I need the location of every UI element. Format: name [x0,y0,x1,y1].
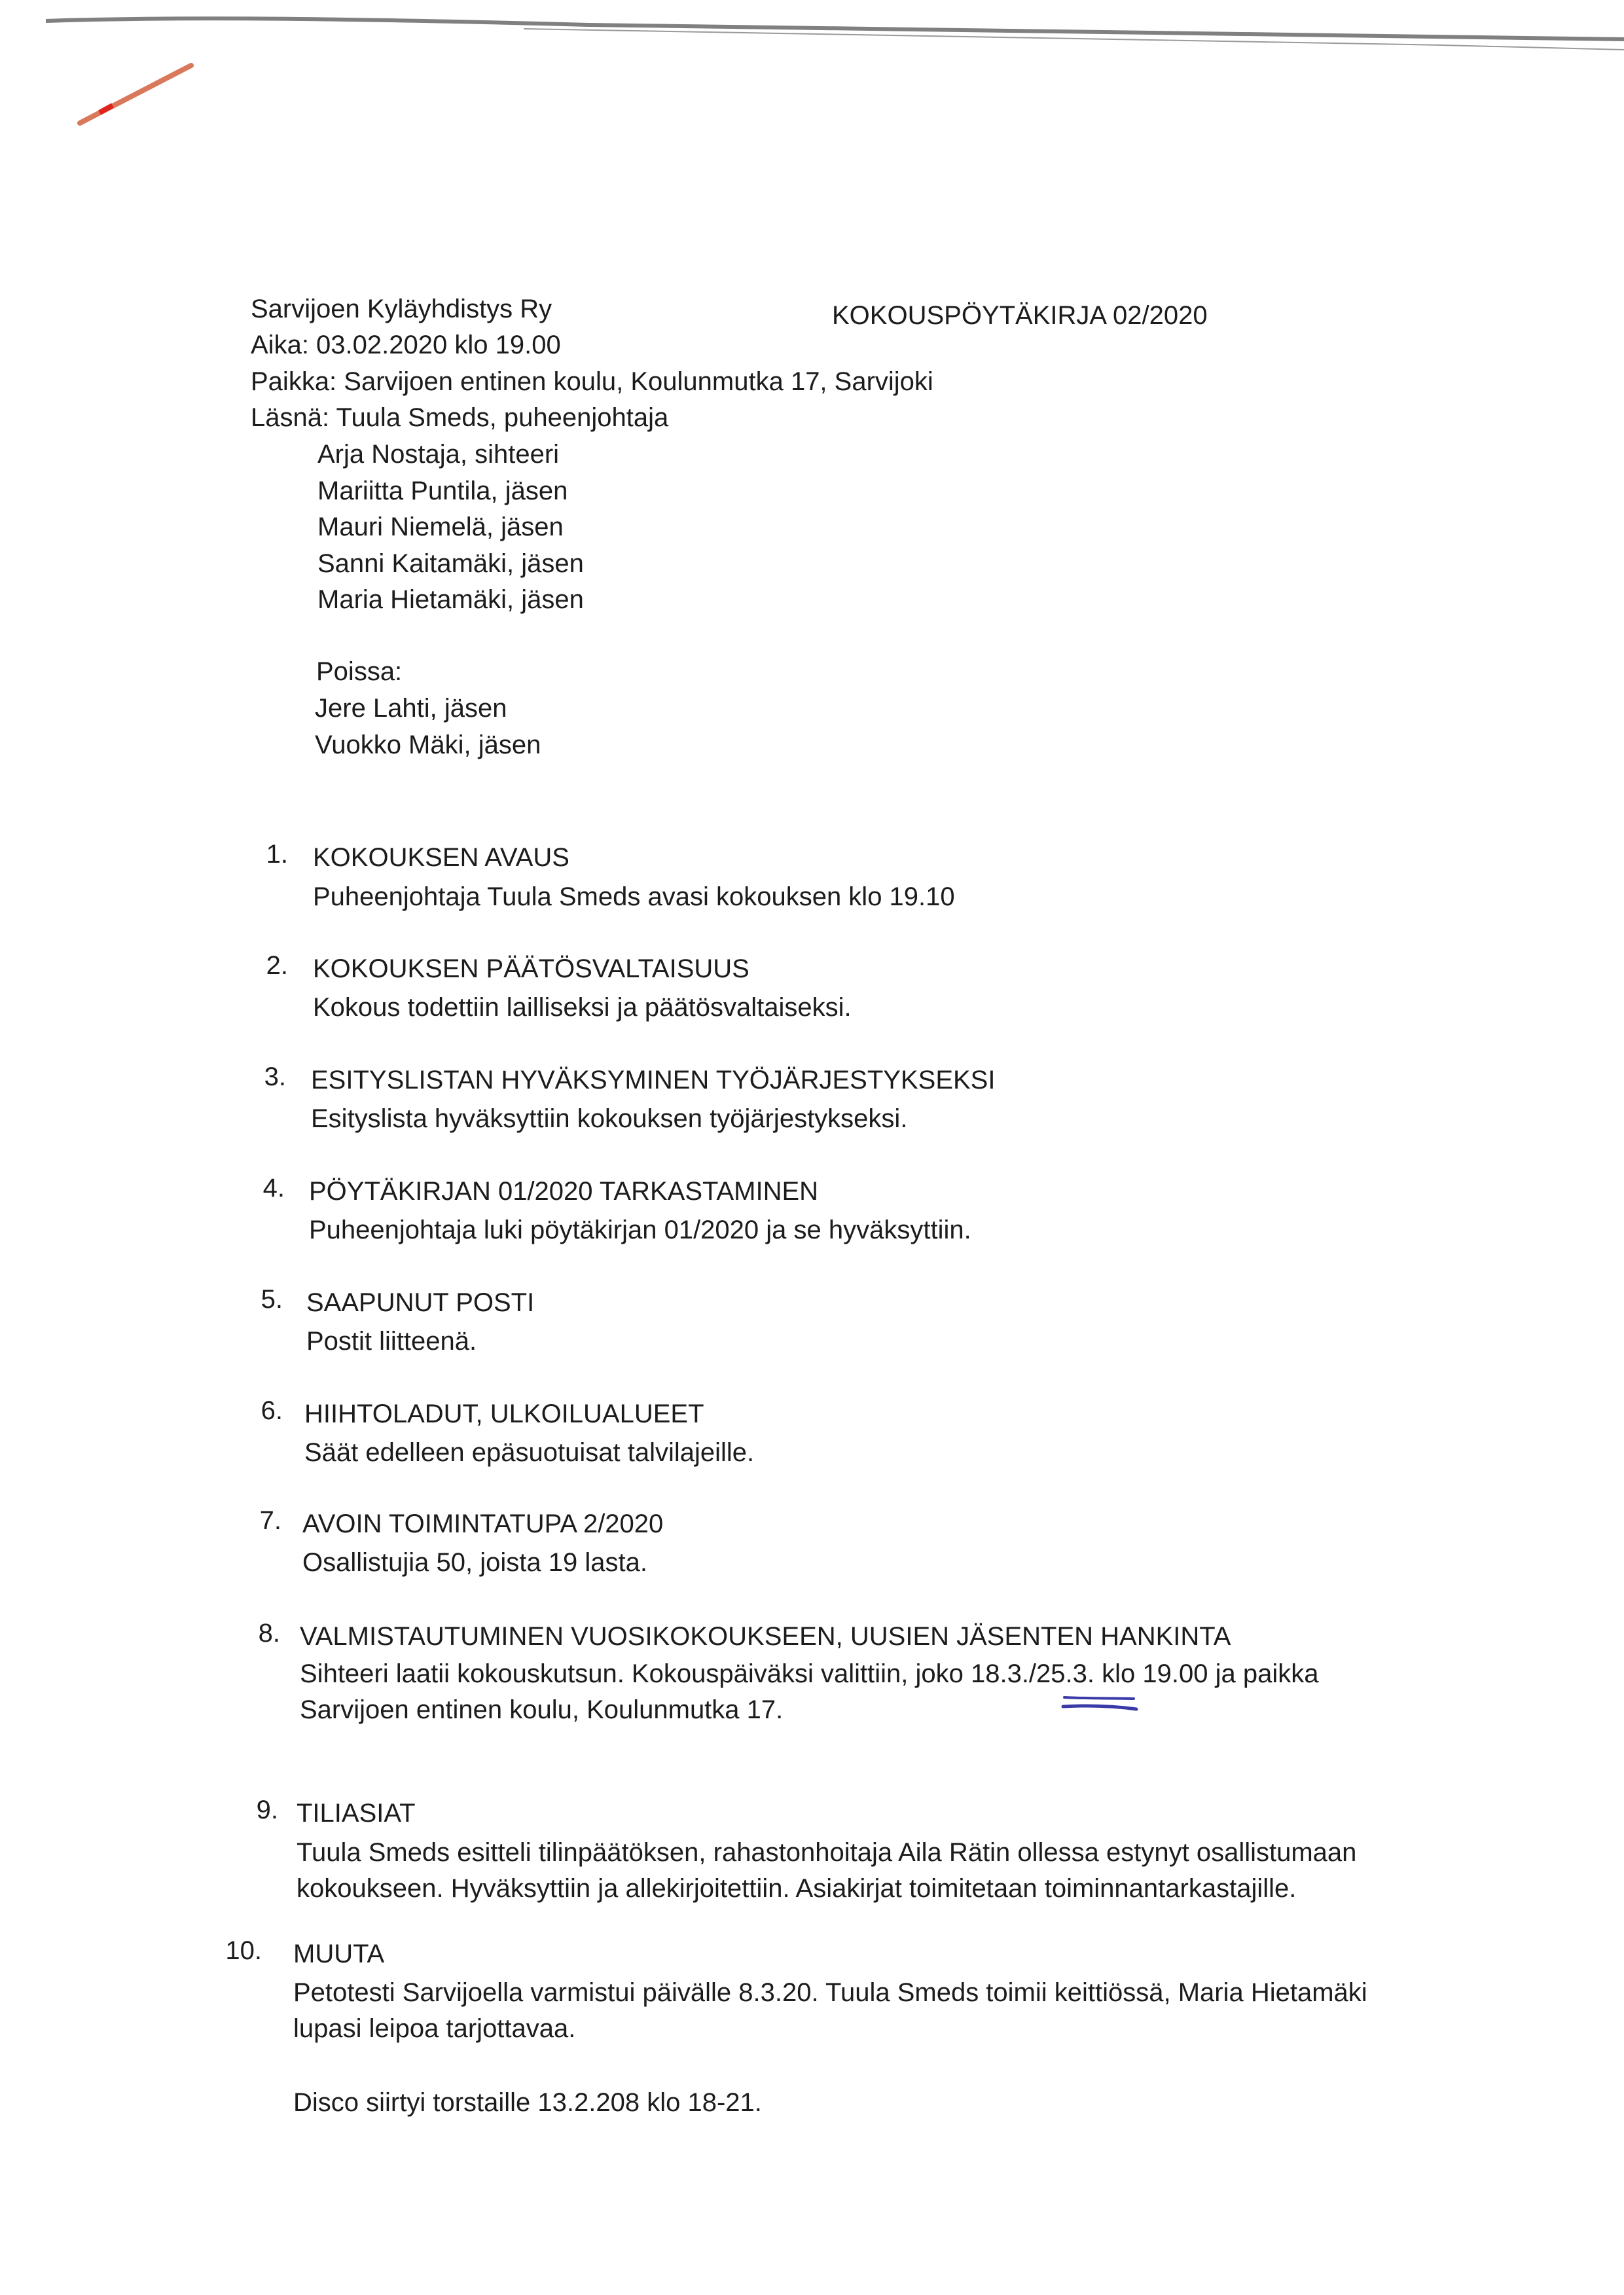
agenda-body: Osallistujia 50, joista 19 lasta. [302,1545,647,1581]
agenda-title: KOKOUKSEN PÄÄTÖSVALTAISUUS [313,956,749,982]
present-list-label: Läsnä: Tuula Smeds, puheenjohtaja [251,405,668,431]
agenda-body: kokoukseen. Hyväksyttiin ja allekirjoite… [297,1871,1296,1907]
handwritten-underline-mark [1060,1692,1139,1718]
agenda-title: SAAPUNUT POSTI [306,1290,534,1316]
absent-member: Jere Lahti, jäsen [315,695,507,721]
agenda-number: 9. [232,1797,278,1823]
agenda-number: 2. [242,952,288,979]
agenda-body: Esityslista hyväksyttiin kokouksen työjä… [311,1101,907,1137]
agenda-number: 10. [216,1938,262,1964]
agenda-body: Kokous todettiin lailliseksi ja päätösva… [313,990,852,1026]
document-title: KOKOUSPÖYTÄKIRJA 02/2020 [832,302,1208,329]
attendee: Arja Nostaja, sihteeri [317,441,559,467]
agenda-title: HIIHTOLADUT, ULKOILUALUEET [304,1401,704,1427]
meeting-time: Aika: 03.02.2020 klo 19.00 [251,332,561,358]
organization-name: Sarvijoen Kyläyhdistys Ry [251,296,552,322]
agenda-body: Säät edelleen epäsuotuisat talvilajeille… [304,1435,754,1471]
agenda-title: VALMISTAUTUMINEN VUOSIKOKOUKSEEN, UUSIEN… [300,1623,1231,1650]
agenda-title: MUUTA [293,1941,384,1967]
agenda-number: 8. [234,1620,280,1646]
agenda-number: 3. [240,1064,286,1090]
agenda-title: ESITYSLISTAN HYVÄKSYMINEN TYÖJÄRJESTYKSE… [311,1067,995,1093]
agenda-body: Tuula Smeds esitteli tilinpäätöksen, rah… [297,1835,1356,1871]
agenda-body: Petotesti Sarvijoella varmistui päivälle… [293,1975,1367,2011]
agenda-number: 7. [236,1508,281,1534]
footer-note: Disco siirtyi torstaille 13.2.208 klo 18… [293,2089,762,2116]
agenda-body: lupasi leipoa tarjottavaa. [293,2011,575,2047]
agenda-number: 1. [242,841,288,867]
agenda-title: TILIASIAT [297,1800,416,1826]
agenda-body: Puheenjohtaja luki pöytäkirjan 01/2020 j… [309,1212,971,1248]
attendee: Mauri Niemelä, jäsen [317,514,564,540]
agenda-body: Postit liitteenä. [306,1324,477,1360]
meeting-place: Paikka: Sarvijoen entinen koulu, Koulunm… [251,369,933,395]
absent-member: Vuokko Mäki, jäsen [315,732,541,758]
agenda-title: KOKOUKSEN AVAUS [313,844,569,871]
agenda-number: 4. [239,1175,285,1201]
attendee: Mariitta Puntila, jäsen [317,478,568,504]
agenda-title: AVOIN TOIMINTATUPA 2/2020 [302,1511,663,1537]
agenda-body: Sarvijoen entinen koulu, Koulunmutka 17. [300,1692,783,1728]
agenda-number: 6. [237,1398,283,1424]
attendee: Sanni Kaitamäki, jäsen [317,551,584,577]
attendee: Maria Hietamäki, jäsen [317,587,584,613]
agenda-number: 5. [237,1286,283,1312]
meeting-minutes-document: Sarvijoen Kyläyhdistys Ry KOKOUSPÖYTÄKIR… [0,0,1624,2295]
agenda-title: PÖYTÄKIRJAN 01/2020 TARKASTAMINEN [309,1178,818,1204]
agenda-body: Sihteeri laatii kokouskutsun. Kokouspäiv… [300,1656,1318,1692]
absent-label: Poissa: [316,659,402,685]
agenda-body: Puheenjohtaja Tuula Smeds avasi kokoukse… [313,879,955,915]
